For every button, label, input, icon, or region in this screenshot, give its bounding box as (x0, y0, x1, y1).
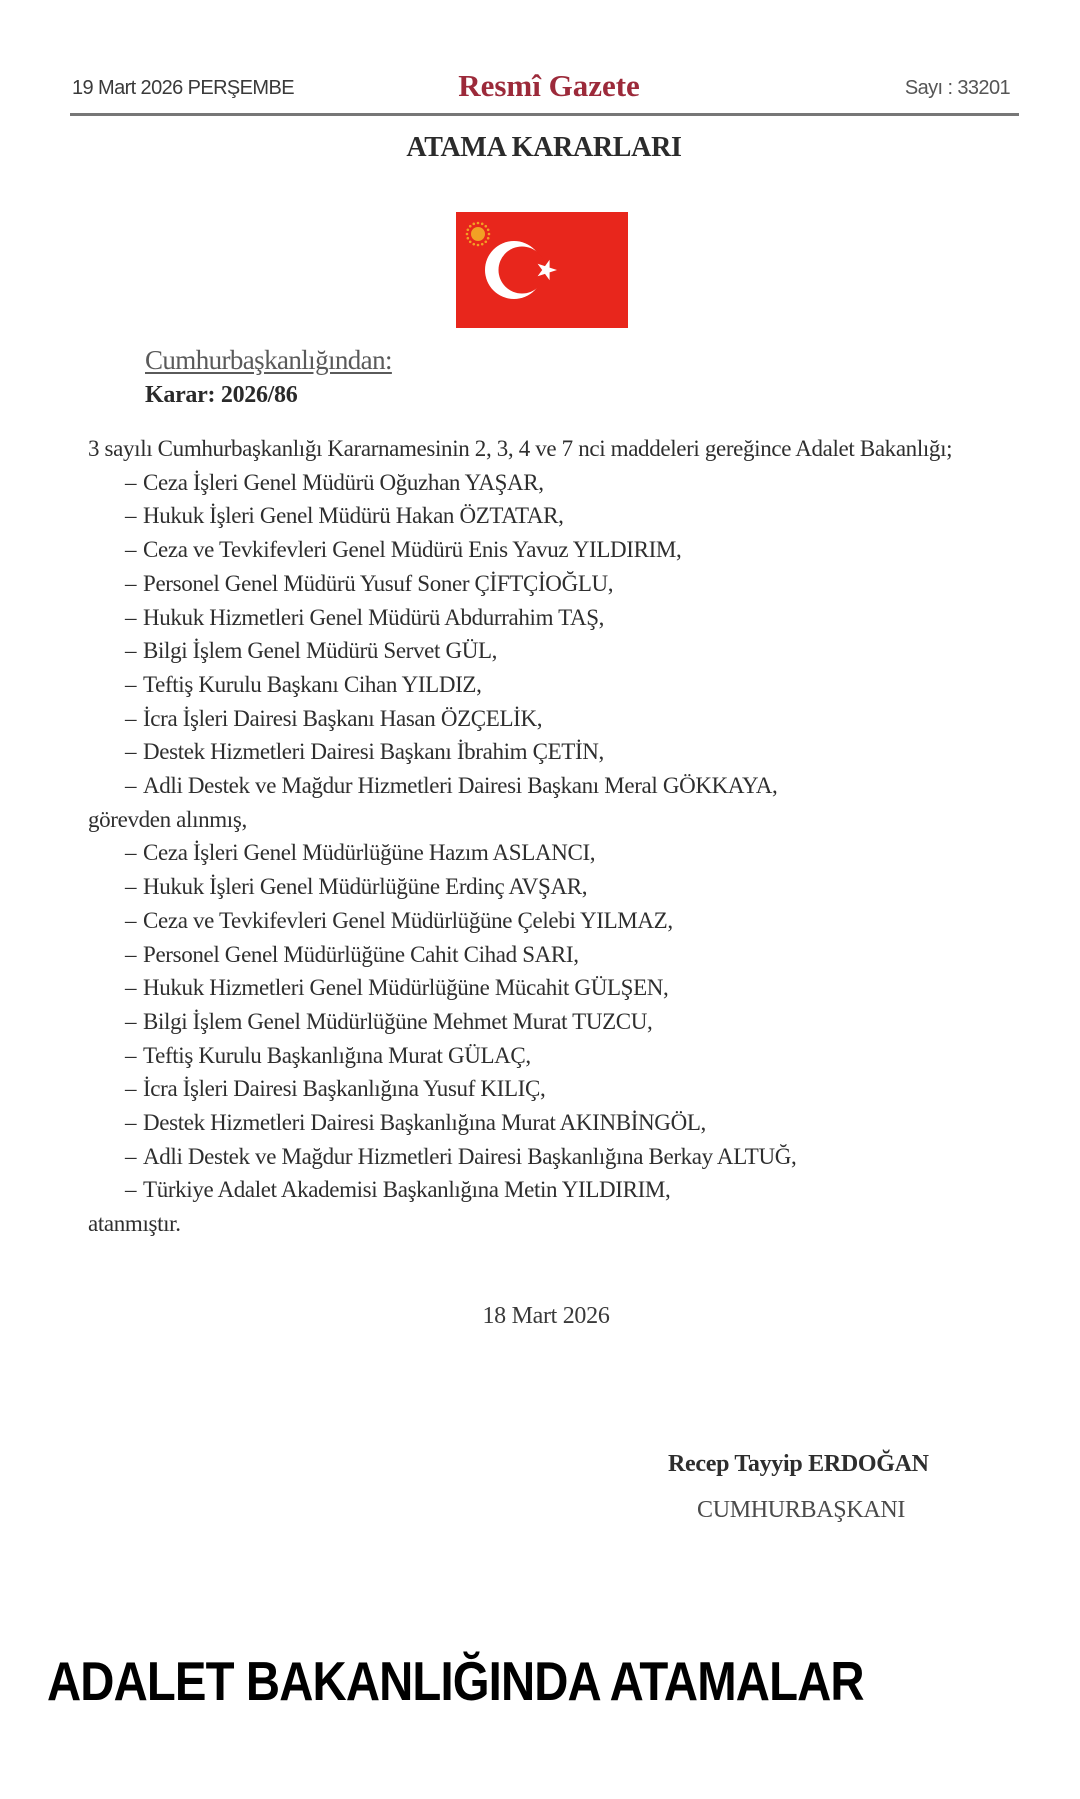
dash-marker: – (125, 870, 143, 904)
list-item-text: Hukuk Hizmetleri Genel Müdürü Abdurrahim… (143, 605, 604, 630)
dash-marker: – (125, 1039, 143, 1073)
list-item: –Personel Genel Müdürlüğüne Cahit Cihad … (88, 938, 1001, 972)
list-item: –Ceza İşleri Genel Müdürlüğüne Hazım ASL… (88, 836, 1001, 870)
dash-marker: – (125, 499, 143, 533)
dash-marker: – (125, 1140, 143, 1174)
list-item-text: Bilgi İşlem Genel Müdürü Servet GÜL, (143, 638, 497, 663)
list-item: –Adli Destek ve Mağdur Hizmetleri Daires… (88, 1140, 1001, 1174)
appointed-list: –Ceza İşleri Genel Müdürlüğüne Hazım ASL… (88, 836, 1001, 1207)
dash-marker: – (125, 601, 143, 635)
turkish-flag-icon (456, 212, 628, 328)
list-item: –İcra İşleri Dairesi Başkanı Hasan ÖZÇEL… (88, 702, 1001, 736)
dash-marker: – (125, 1173, 143, 1207)
list-item: –Teftiş Kurulu Başkanı Cihan YILDIZ, (88, 668, 1001, 702)
dash-marker: – (125, 533, 143, 567)
list-item-text: Hukuk İşleri Genel Müdürü Hakan ÖZTATAR, (143, 503, 564, 528)
signatory-title: CUMHURBAŞKANI (697, 1497, 905, 1524)
appointed-tail: atanmıştır. (88, 1207, 1001, 1241)
list-item-text: Ceza İşleri Genel Müdürü Oğuzhan YAŞAR, (143, 470, 544, 495)
list-item: –Adli Destek ve Mağdur Hizmetleri Daires… (88, 769, 1001, 803)
list-item-text: Personel Genel Müdürü Yusuf Soner ÇİFTÇİ… (143, 571, 613, 596)
dash-marker: – (125, 567, 143, 601)
list-item: –Türkiye Adalet Akademisi Başkanlığına M… (88, 1173, 1001, 1207)
list-item-text: Ceza ve Tevkifevleri Genel Müdürü Enis Y… (143, 537, 681, 562)
intro-paragraph: 3 sayılı Cumhurbaşkanlığı Kararnamesinin… (88, 432, 1001, 466)
dash-marker: – (125, 904, 143, 938)
list-item: –İcra İşleri Dairesi Başkanlığına Yusuf … (88, 1072, 1001, 1106)
list-item: –Ceza İşleri Genel Müdürü Oğuzhan YAŞAR, (88, 466, 1001, 500)
list-item: –Ceza ve Tevkifevleri Genel Müdürlüğüne … (88, 904, 1001, 938)
decision-body: 3 sayılı Cumhurbaşkanlığı Kararnamesinin… (88, 432, 1001, 1241)
caption-headline: ADALET BAKANLIĞINDA ATAMALAR (47, 1649, 864, 1713)
list-item: –Ceza ve Tevkifevleri Genel Müdürü Enis … (88, 533, 1001, 567)
list-item: –Teftiş Kurulu Başkanlığına Murat GÜLAÇ, (88, 1039, 1001, 1073)
list-item-text: Türkiye Adalet Akademisi Başkanlığına Me… (143, 1177, 670, 1202)
list-item-text: Bilgi İşlem Genel Müdürlüğüne Mehmet Mur… (143, 1009, 652, 1034)
list-item-text: Adli Destek ve Mağdur Hizmetleri Dairesi… (143, 773, 777, 798)
header-divider (70, 113, 1019, 116)
issue-number: Sayı : 33201 (905, 77, 1010, 100)
dash-marker: – (125, 1106, 143, 1140)
section-title: ATAMA KARARLARI (0, 132, 1080, 164)
list-item-text: İcra İşleri Dairesi Başkanlığına Yusuf K… (143, 1076, 545, 1101)
dash-marker: – (125, 836, 143, 870)
dash-marker: – (125, 735, 143, 769)
list-item-text: Ceza ve Tevkifevleri Genel Müdürlüğüne Ç… (143, 908, 673, 933)
dash-marker: – (125, 702, 143, 736)
dash-marker: – (125, 634, 143, 668)
dismissed-list: –Ceza İşleri Genel Müdürü Oğuzhan YAŞAR,… (88, 466, 1001, 803)
decision-number: Karar: 2026/86 (145, 382, 297, 409)
list-item: –Hukuk Hizmetleri Genel Müdürlüğüne Müca… (88, 971, 1001, 1005)
list-item-text: Personel Genel Müdürlüğüne Cahit Cihad S… (143, 942, 579, 967)
list-item-text: Destek Hizmetleri Dairesi Başkanlığına M… (143, 1110, 706, 1135)
list-item-text: Hukuk İşleri Genel Müdürlüğüne Erdinç AV… (143, 874, 587, 899)
dash-marker: – (125, 971, 143, 1005)
list-item: –Destek Hizmetleri Dairesi Başkanlığına … (88, 1106, 1001, 1140)
list-item: –Hukuk İşleri Genel Müdürlüğüne Erdinç A… (88, 870, 1001, 904)
list-item-text: Adli Destek ve Mağdur Hizmetleri Dairesi… (143, 1144, 796, 1169)
dash-marker: – (125, 1005, 143, 1039)
gazette-page: 19 Mart 2026 PERŞEMBE Resmî Gazete Sayı … (0, 0, 1080, 1799)
dash-marker: – (125, 668, 143, 702)
list-item-text: Ceza İşleri Genel Müdürlüğüne Hazım ASLA… (143, 840, 595, 865)
list-item: –Personel Genel Müdürü Yusuf Soner ÇİFTÇ… (88, 567, 1001, 601)
list-item: –Bilgi İşlem Genel Müdürü Servet GÜL, (88, 634, 1001, 668)
dash-marker: – (125, 1072, 143, 1106)
dismissed-tail: görevden alınmış, (88, 803, 1001, 837)
list-item: –Destek Hizmetleri Dairesi Başkanı İbrah… (88, 735, 1001, 769)
dash-marker: – (125, 769, 143, 803)
list-item: –Hukuk Hizmetleri Genel Müdürü Abdurrahi… (88, 601, 1001, 635)
list-item: –Bilgi İşlem Genel Müdürlüğüne Mehmet Mu… (88, 1005, 1001, 1039)
list-item-text: Hukuk Hizmetleri Genel Müdürlüğüne Mücah… (143, 975, 668, 1000)
dash-marker: – (125, 466, 143, 500)
list-item-text: Destek Hizmetleri Dairesi Başkanı İbrahi… (143, 739, 604, 764)
list-item-text: Teftiş Kurulu Başkanlığına Murat GÜLAÇ, (143, 1043, 531, 1068)
issuer-heading: Cumhurbaşkanlığından: (145, 345, 392, 376)
signatory-name: Recep Tayyip ERDOĞAN (668, 1451, 929, 1478)
dash-marker: – (125, 938, 143, 972)
list-item-text: İcra İşleri Dairesi Başkanı Hasan ÖZÇELİ… (143, 706, 542, 731)
decision-date: 18 Mart 2026 (0, 1303, 1080, 1330)
list-item-text: Teftiş Kurulu Başkanı Cihan YILDIZ, (143, 672, 482, 697)
list-item: –Hukuk İşleri Genel Müdürü Hakan ÖZTATAR… (88, 499, 1001, 533)
